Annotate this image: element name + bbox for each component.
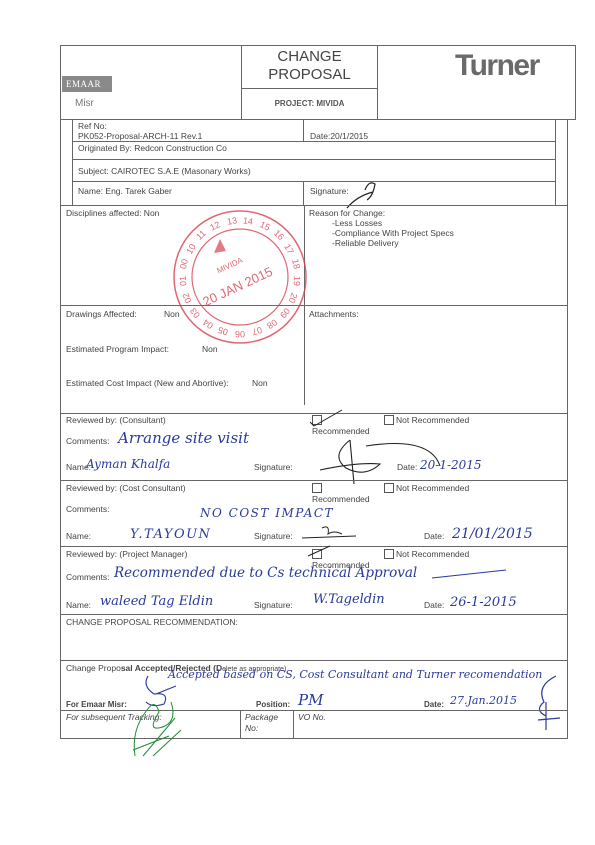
stamp-day-number: 00 — [178, 258, 190, 270]
reason-item: -Compliance With Project Specs — [332, 228, 454, 238]
name-value: Y.TAYOUN — [130, 527, 211, 542]
stamp-day-number: 15 — [258, 219, 271, 232]
date-value: 20-1-2015 — [420, 458, 482, 472]
received-stamp: 1011121314151617181920090807060504030201… — [170, 207, 310, 347]
position-value: PM — [298, 691, 323, 709]
comments-value: NO COST IMPACT — [200, 506, 334, 520]
stamp-day-number: 05 — [217, 325, 230, 338]
stamp-day-number: 16 — [272, 228, 286, 242]
pm-signature: W.Tageldin — [313, 592, 385, 607]
acceptance-comment: Accepted based on CS, Cost Consultant an… — [168, 668, 542, 681]
not-recommended-label: Not Recommended — [396, 483, 469, 493]
disciplines-affected: Disciplines affected: Non — [66, 208, 159, 218]
originated-by: Originated By: Redcon Construction Co — [78, 143, 227, 153]
comments-value: Arrange site visit — [118, 429, 249, 447]
comment-strikeline — [430, 564, 510, 584]
divider — [293, 710, 294, 738]
drawings-affected-value: Non — [164, 309, 180, 319]
ref-date: Date:20/1/2015 — [310, 131, 368, 141]
comments-value: Recommended due to Cs technical Approval — [114, 565, 417, 581]
attachments-label: Attachments: — [309, 309, 359, 319]
date-value: 26-1-2015 — [450, 595, 517, 610]
review-title: Reviewed by: (Cost Consultant) — [66, 483, 186, 493]
stamp-day-number: 19 — [291, 276, 302, 287]
emaar-logo: EMAAR — [62, 76, 112, 92]
divider — [60, 305, 568, 306]
stamp-day-number: 13 — [226, 215, 237, 226]
program-impact-value: Non — [202, 344, 218, 354]
date-label: Date: — [424, 531, 444, 541]
stamp-day-number: 20 — [287, 291, 300, 304]
program-impact-label: Estimated Program Impact: — [66, 344, 169, 354]
date-label: Date: — [424, 700, 444, 709]
comments-label: Comments: — [66, 504, 109, 514]
originator-name: Name: Eng. Tarek Gaber — [78, 186, 172, 196]
date-label: Date: — [397, 462, 417, 472]
cost-impact-value: Non — [252, 378, 268, 388]
date-value: 27.Jan.2015 — [450, 694, 517, 707]
for-emaar-label: For Emaar Misr: — [66, 700, 127, 709]
stamp-day-number: 18 — [290, 258, 302, 270]
review-title: Reviewed by: (Project Manager) — [66, 549, 187, 559]
stamp-day-number: 06 — [235, 329, 245, 339]
name-value: waleed Tag Eldin — [100, 594, 213, 609]
stamp-day-number: 01 — [178, 276, 189, 287]
originator-signature-label: Signature: — [310, 186, 349, 196]
name-label: Name: — [66, 600, 91, 610]
originator-signature — [345, 176, 385, 212]
recommended-checkbox[interactable] — [312, 483, 322, 493]
doc-title-line1: CHANGE — [241, 48, 378, 65]
stamp-day-number: 07 — [251, 325, 264, 338]
check-mark — [306, 408, 346, 428]
recommended-label: Recommended — [312, 494, 370, 504]
stamp-day-number: 12 — [209, 219, 222, 232]
green-signature — [125, 690, 185, 760]
recommendation-label: CHANGE PROPOSAL RECOMMENDATION: — [66, 617, 238, 627]
signature-label: Signature: — [254, 462, 293, 472]
package-no-label: Package No: — [245, 712, 285, 734]
reason-item: -Reliable Delivery — [332, 238, 399, 248]
frame-right — [567, 119, 568, 739]
signature-label: Signature: — [254, 600, 293, 610]
side-signature — [530, 672, 570, 732]
vo-no-label: VO No. — [298, 712, 326, 722]
signature-label: Signature: — [254, 531, 293, 541]
doc-title-line2: PROPOSAL — [241, 66, 378, 83]
stamp-day-number: 17 — [283, 242, 297, 256]
subject: Subject: CAIROTEC S.A.E (Masonary Works) — [78, 166, 251, 176]
date-value: 21/01/2015 — [452, 526, 533, 542]
reason-label: Reason for Change: — [309, 208, 385, 218]
date-label: Date: — [424, 600, 444, 610]
not-recommended-checkbox[interactable] — [384, 549, 394, 559]
divider — [60, 660, 568, 661]
cost-consultant-signature — [300, 522, 360, 546]
frame-left — [60, 119, 61, 739]
not-recommended-checkbox[interactable] — [384, 415, 394, 425]
divider — [240, 710, 241, 738]
ref-label: Ref No: — [78, 121, 107, 131]
stamp-day-number: 02 — [180, 291, 193, 304]
emaar-subtext: Misr — [75, 98, 94, 109]
ref-value: PK052-Proposal-ARCH-11 Rev.1 — [78, 131, 202, 141]
drawings-affected-label: Drawings Affected: — [66, 309, 137, 319]
stamp-day-number: 14 — [243, 215, 254, 226]
cost-impact-label: Estimated Cost Impact (New and Abortive)… — [66, 378, 229, 388]
stamp-day-number: 08 — [265, 317, 279, 331]
not-recommended-label: Not Recommended — [396, 549, 469, 559]
comments-label: Comments: — [66, 572, 109, 582]
name-value: Ayman Khalfa — [86, 457, 170, 471]
turner-logo: Turner — [455, 49, 539, 83]
reason-item: -Less Losses — [332, 218, 382, 228]
comments-label: Comments: — [66, 436, 109, 446]
position-label: Position: — [256, 700, 290, 709]
not-recommended-label: Not Recommended — [396, 415, 469, 425]
divider — [60, 480, 568, 481]
stamp-day-number: 03 — [188, 305, 202, 319]
check-mark — [304, 544, 334, 560]
stamp-day-number: 11 — [194, 228, 208, 242]
divider — [60, 614, 568, 615]
recommended-label: Recommended — [312, 426, 370, 436]
stamp-day-number: 10 — [184, 242, 198, 256]
not-recommended-checkbox[interactable] — [384, 483, 394, 493]
name-label: Name: — [66, 531, 91, 541]
stamp-day-number: 04 — [201, 317, 215, 331]
review-title: Reviewed by: (Consultant) — [66, 415, 166, 425]
project-name: PROJECT: MIVIDA — [241, 99, 378, 108]
stamp-day-number: 09 — [278, 305, 292, 319]
divider — [60, 205, 568, 206]
